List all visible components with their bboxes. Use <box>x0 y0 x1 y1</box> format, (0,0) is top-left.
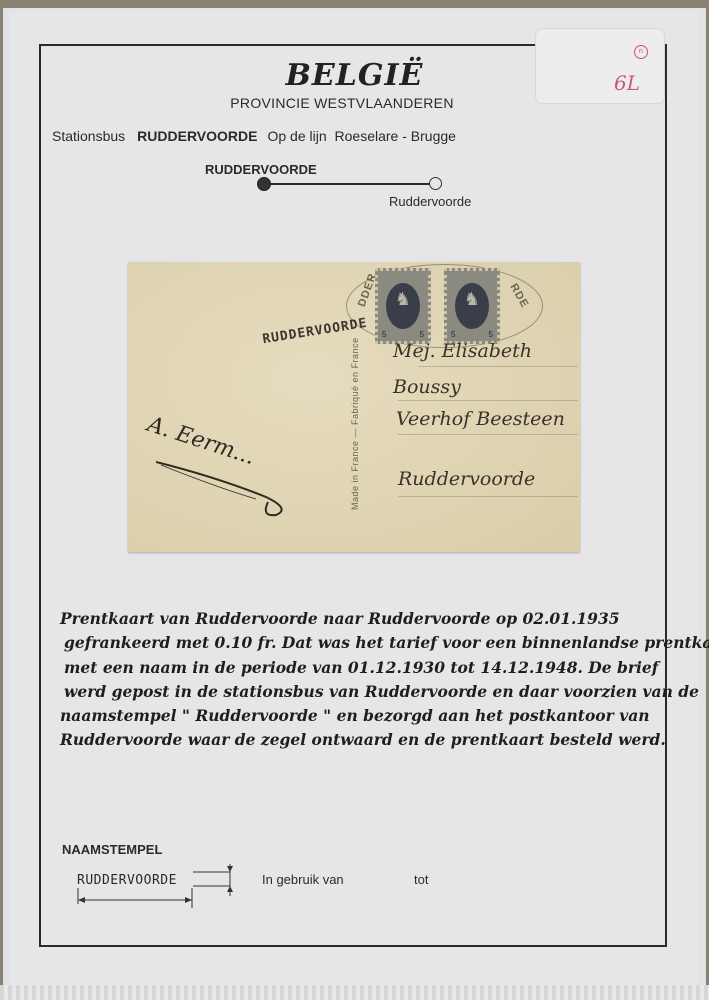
dimension-lines-icon <box>75 862 240 910</box>
page-subtitle: PROVINCIE WESTVLAANDEREN <box>0 95 684 111</box>
route-start-dot-icon <box>257 177 271 191</box>
in-use-from-label: In gebruik van <box>262 872 344 887</box>
postcard-image: DDER RDE ♞ 5 5 ♞ 5 5 RUDDERVOORDE Made i… <box>128 262 580 552</box>
stamp-value: 5 <box>451 330 455 339</box>
line-prefix: Stationsbus <box>52 128 125 144</box>
circled-mark: n <box>634 45 648 59</box>
in-use-to-label: tot <box>414 872 428 887</box>
route-end-label: Ruddervoorde <box>389 194 471 209</box>
address-rule <box>398 400 578 401</box>
address-rule <box>398 496 578 497</box>
description-line: werd gepost in de stationsbus van Rudder… <box>60 680 660 704</box>
route-prefix: Op de lijn <box>267 128 326 144</box>
naamstempel-label: NAAMSTEMPEL <box>62 842 162 857</box>
stamp-1: ♞ 5 5 <box>375 268 431 344</box>
station-name: RUDDERVOORDE <box>137 128 257 144</box>
description-line: naamstempel " Ruddervoorde " en bezorgd … <box>60 704 660 728</box>
stamp-2: ♞ 5 5 <box>444 268 500 344</box>
address-line: Boussy <box>393 376 461 398</box>
imprint-wrap: Made in France — Fabriqué en France <box>350 510 351 511</box>
line-info: StationsbusRUDDERVOORDEOp de lijn Roesel… <box>52 128 456 144</box>
description-line: met een naam in de periode van 01.12.193… <box>60 656 660 680</box>
description-line: Ruddervoorde waar de zegel ontwaard en d… <box>60 728 660 752</box>
description-line: gefrankeerd met 0.10 fr. Dat was het tar… <box>60 631 660 655</box>
address-rule <box>418 366 578 367</box>
page-title: BELGIË <box>0 58 709 93</box>
stamp-value: 5 <box>489 330 493 339</box>
sleeve-edge <box>0 985 709 1000</box>
address-line: Ruddervoorde <box>398 468 535 490</box>
route-end-dot-icon <box>429 177 442 190</box>
route-name: Roeselare - Brugge <box>335 128 456 144</box>
stamp-value: 5 <box>382 330 386 339</box>
lion-icon: ♞ <box>447 289 497 310</box>
address-rule <box>398 434 578 435</box>
description-line: Prentkaart van Ruddervoorde naar Rudderv… <box>60 607 660 631</box>
imprint-text: Made in France — Fabriqué en France <box>350 337 360 510</box>
description-text: Prentkaart van Ruddervoorde naar Rudderv… <box>60 607 660 753</box>
address-line: Veerhof Beesteen <box>396 408 565 430</box>
route-line <box>264 183 435 185</box>
stamp-value: 5 <box>420 330 424 339</box>
signature-flourish-icon <box>156 457 296 517</box>
address-line: Mej. Elisabeth <box>393 340 532 362</box>
route-start-label: RUDDERVOORDE <box>205 162 317 177</box>
lion-icon: ♞ <box>378 289 428 310</box>
